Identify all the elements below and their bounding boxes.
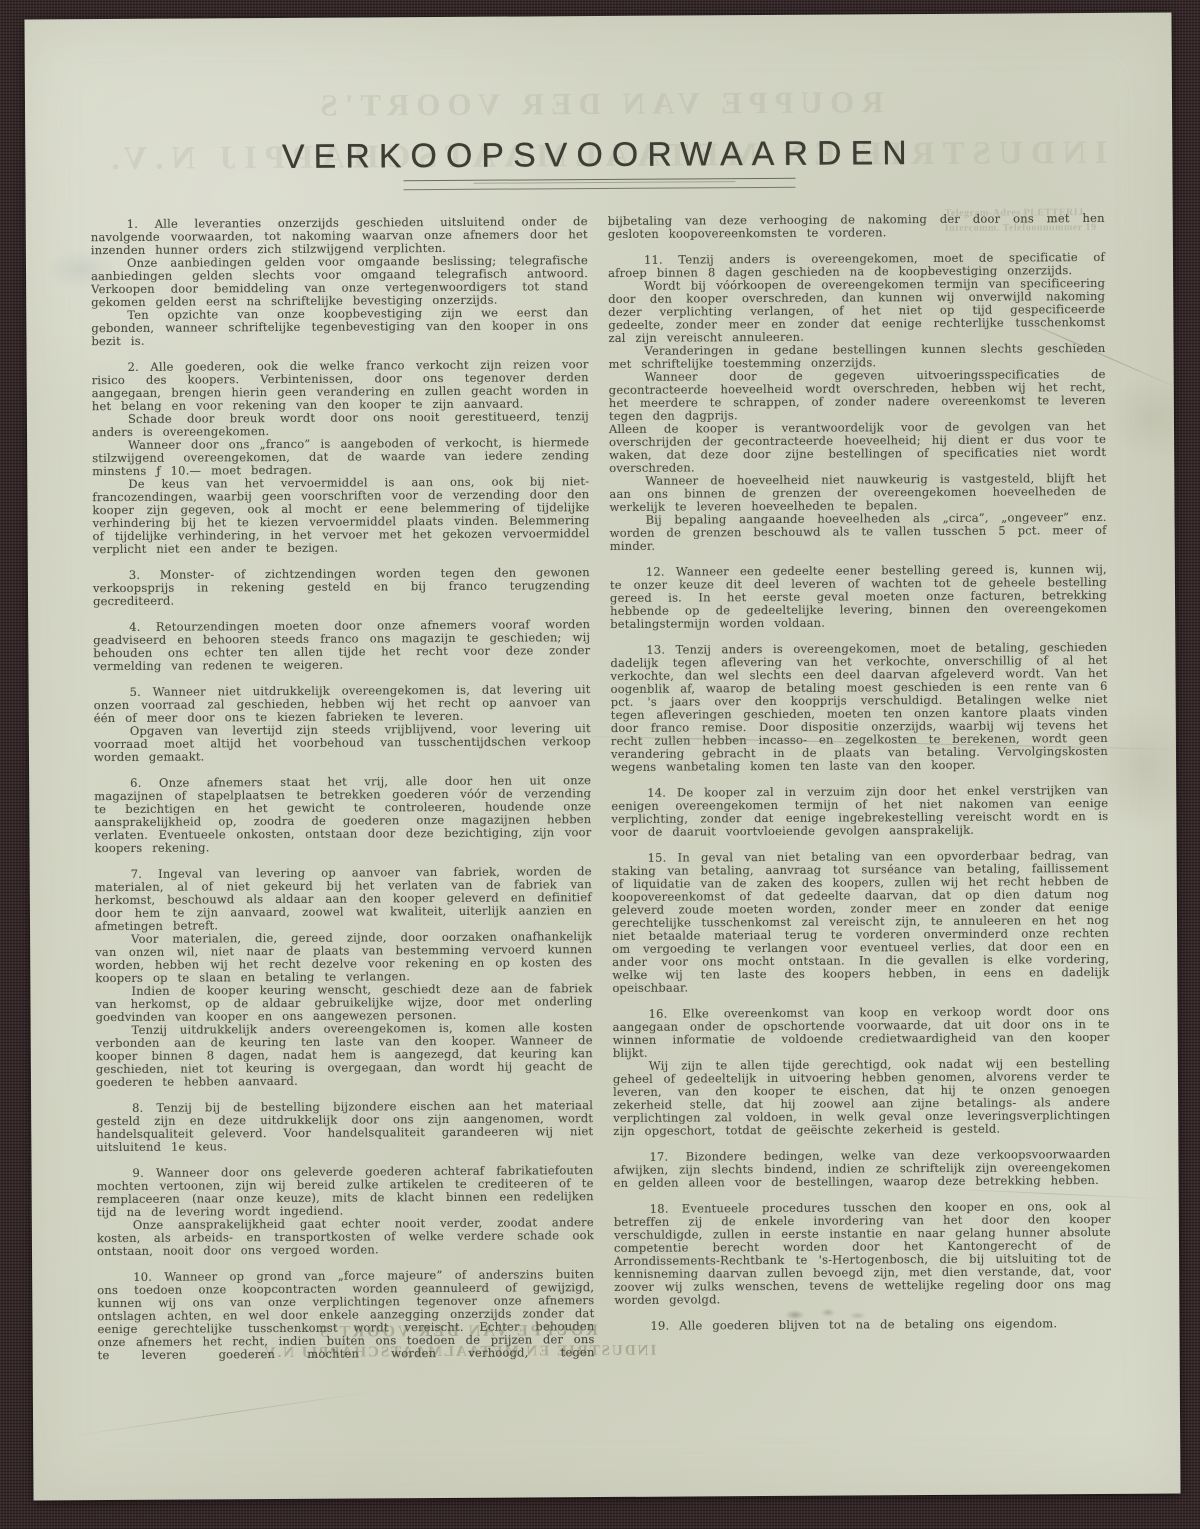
clause-14: 14. De kooper zal in verzuim zijn door h… (611, 784, 1108, 839)
paragraph: Indien de kooper keuring wenscht, geschi… (95, 982, 592, 1024)
paragraph: Voor materialen, die, gereed zijnde, doo… (95, 930, 592, 985)
paragraph: Onze aansprakelijkheid gaat echter nooit… (97, 1216, 594, 1258)
clause-8: 8. Tenzij bij de bestelling bijzondere e… (96, 1099, 593, 1154)
paper-stain (1107, 372, 1181, 463)
paragraph: bijbetaling van deze verhooging de nakom… (608, 212, 1105, 241)
clause-5: 5. Wanneer niet uitdrukkelijk overeengek… (94, 683, 591, 764)
document-page: ROUPPE VAN DER VOORT'S INDUSTRIE EN META… (24, 13, 1180, 1501)
paragraph: Wordt bij vóórkoopen de overeengekomen t… (608, 277, 1105, 345)
paragraph: Opgaven van levertijd zijn steeds vrijbl… (94, 722, 591, 764)
paragraph: De keus van het vervoermiddel is aan ons… (92, 475, 589, 556)
paragraph: Alleen de kooper is verantwoordelijk voo… (609, 420, 1106, 475)
paragraph: 15. In geval van niet betaling van een o… (612, 849, 1110, 995)
text-column-right: bijbetaling van deze verhooging de nakom… (608, 212, 1112, 1333)
bleedthrough-company-name-top: ROUPPE VAN DER VOORT'S (25, 83, 1172, 126)
paper-crease (65, 1390, 382, 1437)
paragraph: Wij zijn te allen tijde gerechtigd, ook … (613, 1057, 1110, 1138)
text-column-left: 1. Alle leveranties onzerzijds geschiede… (91, 215, 595, 1362)
paragraph: 10. Wanneer op grond van „force majeure”… (97, 1268, 595, 1362)
paragraph: 8. Tenzij bij de bestelling bijzondere e… (96, 1099, 593, 1154)
paragraph: 17. Bizondere bedingen, welke van deze v… (613, 1148, 1110, 1190)
paragraph: 4. Retourzendingen moeten door onze afne… (93, 618, 590, 673)
page-title: VERKOOPSVOORWAARDEN (25, 133, 1172, 179)
clause-11: 11. Tenzij anders is overeengekomen, moe… (608, 251, 1107, 553)
clause-16: 16. Elke overeenkomst van koop en verkoo… (613, 1005, 1111, 1138)
clause-6: 6. Onze afnemers staat het vrij, alle do… (94, 774, 591, 855)
title-underline-rule (403, 178, 795, 190)
paragraph: 12. Wanneer een gedeelte eener bestellin… (610, 563, 1107, 631)
paragraph: Wanneer door de gegeven uitvoeringsspeci… (609, 368, 1106, 423)
paragraph: 6. Onze afnemers staat het vrij, alle do… (94, 774, 591, 855)
clause-12: 12. Wanneer een gedeelte eener bestellin… (610, 563, 1107, 631)
paragraph: Bij bepaling aangaande hoeveelheden als … (610, 511, 1107, 553)
clause-3: 3. Monster- of zichtzendingen worden teg… (93, 566, 590, 608)
clause-7: 7. Ingeval van levering op aanvoer van f… (95, 865, 593, 1089)
clause-10: 10. Wanneer op grond van „force majeure”… (97, 1268, 595, 1362)
clause-1: 1. Alle leveranties onzerzijds geschiede… (91, 215, 589, 348)
paragraph: 16. Elke overeenkomst van koop en verkoo… (613, 1005, 1110, 1060)
paragraph: 2. Alle goederen, ook die welke franco v… (92, 358, 589, 413)
paragraph: Wanneer de hoeveelheid niet nauwkeurig i… (609, 472, 1106, 514)
paragraph: 3. Monster- of zichtzendingen worden teg… (93, 566, 590, 608)
paragraph: Onze aanbiedingen gelden voor omgaande b… (91, 254, 588, 309)
ink-smudge (767, 1302, 877, 1325)
paragraph: 7. Ingeval van levering op aanvoer van f… (95, 865, 592, 933)
clause-continuation: bijbetaling van deze verhooging de nakom… (608, 212, 1105, 241)
paragraph: 13. Tenzij anders is overeengekomen, moe… (610, 641, 1108, 774)
paragraph: 1. Alle leveranties onzerzijds geschiede… (91, 215, 588, 257)
clause-13: 13. Tenzij anders is overeengekomen, moe… (610, 641, 1108, 774)
clause-18: 18. Eventueele procedures tusschen den k… (614, 1200, 1112, 1307)
paragraph: 18. Eventueele procedures tusschen den k… (614, 1200, 1112, 1307)
screenshot-root: { "page": { "title": "VERKOOPSVOORWAARDE… (0, 0, 1200, 1529)
clause-15: 15. In geval van niet betaling van een o… (612, 849, 1110, 995)
paragraph: Tenzij uitdrukkelijk anders overeengekom… (96, 1021, 593, 1089)
paragraph: Wanneer door ons „franco” is aangeboden … (92, 436, 589, 478)
paragraph: Ten opzichte van onze koopbevestiging zi… (91, 306, 588, 348)
clause-4: 4. Retourzendingen moeten door onze afne… (93, 618, 590, 673)
clause-2: 2. Alle goederen, ook die welke franco v… (92, 358, 590, 556)
paragraph: 5. Wanneer niet uitdrukkelijk overeengek… (94, 683, 591, 725)
clause-9: 9. Wanneer door ons geleverde goederen a… (96, 1164, 594, 1258)
clause-17: 17. Bizondere bedingen, welke van deze v… (613, 1148, 1110, 1190)
paragraph: 14. De kooper zal in verzuim zijn door h… (611, 784, 1108, 839)
paragraph: 9. Wanneer door ons geleverde goederen a… (96, 1164, 593, 1219)
